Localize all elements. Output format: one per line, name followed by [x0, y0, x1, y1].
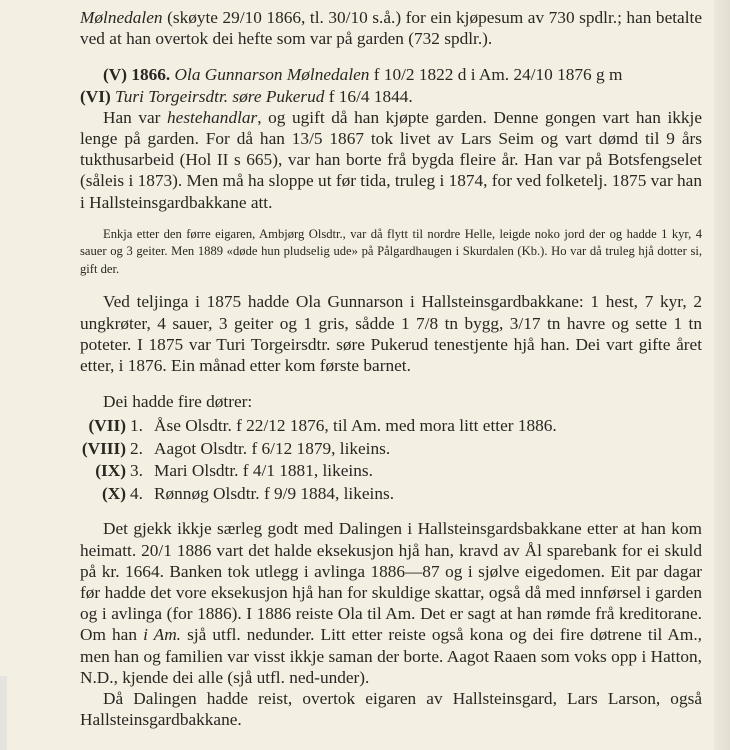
- paragraph-biography: Han var hestehandlar, og ugift då han kj…: [80, 107, 702, 213]
- owner-name: Ola Gunnarson Mølnedalen: [175, 65, 370, 84]
- paragraph-takeover: Då Dalingen hadde reist, overtok eigaren…: [80, 688, 702, 730]
- spouse-name: Turi Torgeirsdtr. søre Pukerud: [115, 87, 324, 106]
- daughters-list: (VII)1.Åse Olsdtr. f 22/12 1876, til Am.…: [80, 415, 702, 505]
- scan-shadow: [0, 676, 7, 750]
- farm-name: Mølnedalen: [80, 8, 163, 27]
- paragraph-emigration: Det gjekk ikkje særleg godt med Dalingen…: [80, 518, 702, 688]
- list-item: (X)4.Rønnøg Olsdtr. f 9/9 1884, likeins.: [80, 483, 702, 506]
- spouse-entry: (VI) Turi Torgeirsdtr. søre Pukerud f 16…: [80, 86, 702, 107]
- footnote-widow: Enkja etter den førre eigaren, Ambjørg O…: [80, 226, 702, 279]
- document-page: Mølnedalen (skøyte 29/10 1866, tl. 30/10…: [80, 7, 702, 730]
- spouse-roman: (VI): [80, 87, 111, 106]
- owner-year: 1866.: [131, 65, 170, 84]
- list-item: (VIII)2.Aagot Olsdtr. f 6/12 1879, likei…: [80, 438, 702, 461]
- owner-entry: (V) 1866. Ola Gunnarson Mølnedalen f 10/…: [80, 64, 702, 85]
- list-item: (VII)1.Åse Olsdtr. f 22/12 1876, til Am.…: [80, 415, 702, 438]
- owner-roman: (V): [103, 65, 127, 84]
- list-item: (IX)3.Mari Olsdtr. f 4/1 1881, likeins.: [80, 460, 702, 483]
- paragraph-purchase: Mølnedalen (skøyte 29/10 1866, tl. 30/10…: [80, 7, 702, 49]
- daughters-intro: Dei hadde fire døtrer:: [80, 391, 702, 412]
- page-gutter: [714, 0, 730, 750]
- paragraph-census: Ved teljinga i 1875 hadde Ola Gunnarson …: [80, 291, 702, 376]
